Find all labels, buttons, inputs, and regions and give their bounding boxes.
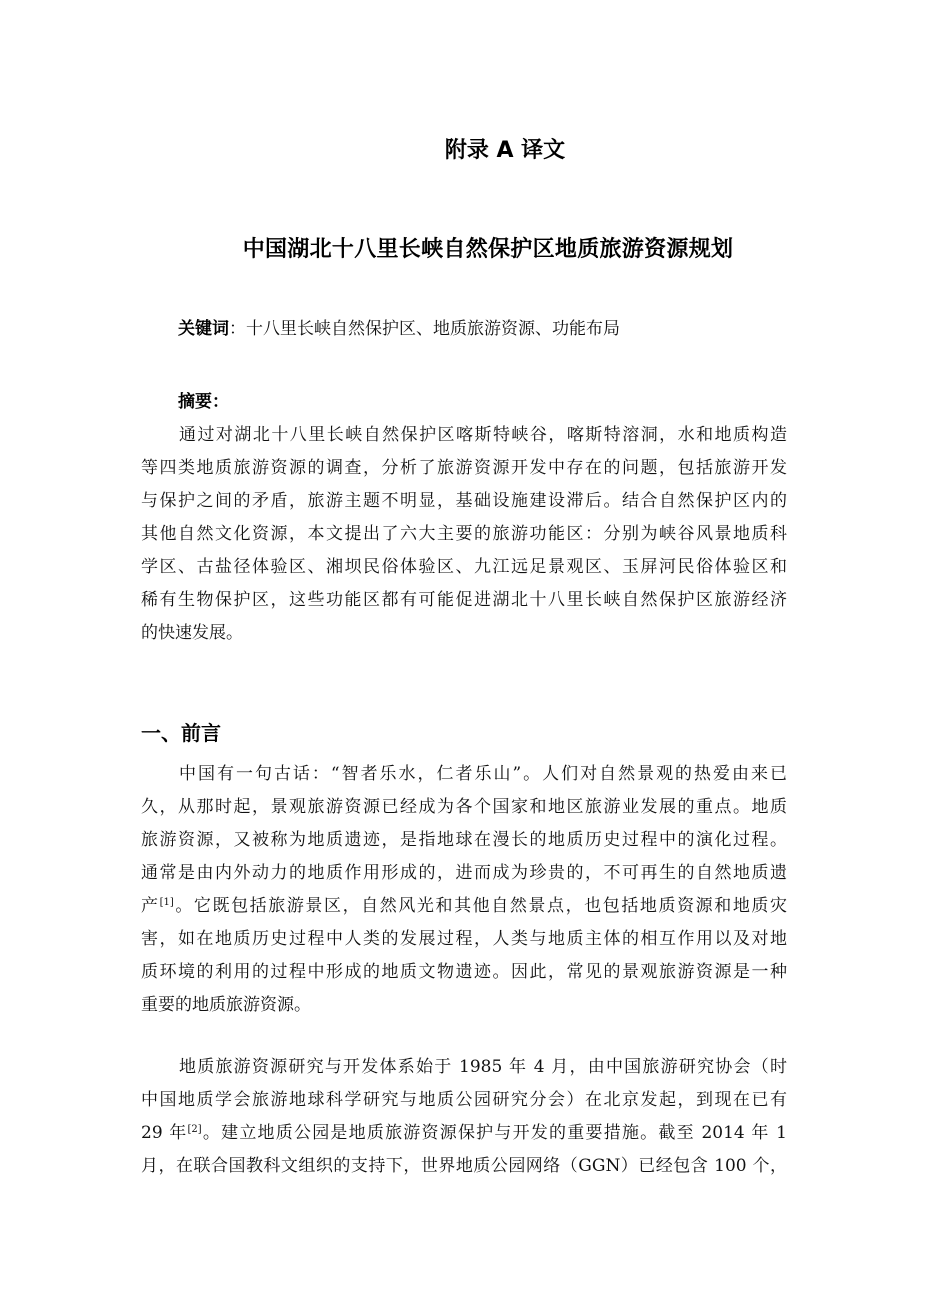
paragraph-line: 月，在联合国教科文组织的支持下，世界地质公园网络（GGN）已经包含 100 个， bbox=[141, 1150, 787, 1183]
abstract-line: 等四类地质旅游资源的调查，分析了旅游资源开发中存在的问题，包括旅游开发 bbox=[141, 452, 787, 485]
paragraph-line: 旅游资源，又被称为地质遗迹，是指地球在漫长的地质历史过程中的演化过程。 bbox=[141, 824, 787, 857]
abstract-line: 其他自然文化资源，本文提出了六大主要的旅游功能区：分别为峡谷风景地质科 bbox=[141, 518, 787, 551]
paper-title: 中国湖北十八里长峡自然保护区地质旅游资源规划 bbox=[0, 232, 926, 263]
paragraph-line: 地质旅游资源研究与开发体系始于 1985 年 4 月，由中国旅游研究协会（时 bbox=[141, 1051, 787, 1084]
intro-paragraph-1: 中国有一句古话：“智者乐水，仁者乐山”。人们对自然景观的热爱由来已 久，从那时起… bbox=[141, 758, 787, 1022]
line-text: 。建立地质公园是地质旅游资源保护与开发的重要措施。截至 2014 年 1 bbox=[202, 1123, 787, 1143]
abstract-line: 与保护之间的矛盾，旅游主题不明显，基础设施建设滞后。结合自然保护区内的 bbox=[141, 485, 787, 518]
keywords-separator: ： bbox=[229, 319, 246, 339]
document-page: 附录 A 译文 中国湖北十八里长峡自然保护区地质旅游资源规划 关键词：十八里长峡… bbox=[0, 0, 926, 1309]
keywords-label: 关键词 bbox=[178, 319, 229, 339]
paragraph-line: 中国地质学会旅游地球科学研究与地质公园研究分会）在北京发起，到现在已有 bbox=[141, 1084, 787, 1117]
abstract-label: 摘要： bbox=[178, 387, 229, 412]
line-text: 产 bbox=[141, 896, 160, 916]
keywords-line: 关键词：十八里长峡自然保护区、地质旅游资源、功能布局 bbox=[178, 314, 620, 339]
paragraph-line: 中国有一句古话：“智者乐水，仁者乐山”。人们对自然景观的热爱由来已 bbox=[141, 758, 787, 791]
abstract-line: 的快速发展。 bbox=[141, 617, 787, 650]
appendix-title: 附录 A 译文 bbox=[0, 133, 926, 164]
abstract-body: 通过对湖北十八里长峡自然保护区喀斯特峡谷，喀斯特溶洞，水和地质构造 等四类地质旅… bbox=[141, 419, 787, 650]
paragraph-line: 害，如在地质历史过程中人类的发展过程，人类与地质主体的相互作用以及对地 bbox=[141, 923, 787, 956]
abstract-line: 学区、古盐径体验区、湘坝民俗体验区、九江远足景观区、玉屏河民俗体验区和 bbox=[141, 551, 787, 584]
line-text: 。它既包括旅游景区，自然风光和其他自然景点，也包括地质资源和地质灾 bbox=[174, 896, 787, 916]
paragraph-line: 产[1]。它既包括旅游景区，自然风光和其他自然景点，也包括地质资源和地质灾 bbox=[141, 890, 787, 923]
citation-ref-2[interactable]: [2] bbox=[187, 1124, 201, 1135]
abstract-line: 通过对湖北十八里长峡自然保护区喀斯特峡谷，喀斯特溶洞，水和地质构造 bbox=[141, 419, 787, 452]
keywords-value: 十八里长峡自然保护区、地质旅游资源、功能布局 bbox=[246, 319, 620, 339]
intro-paragraph-2: 地质旅游资源研究与开发体系始于 1985 年 4 月，由中国旅游研究协会（时 中… bbox=[141, 1051, 787, 1183]
line-text: 29 年 bbox=[141, 1123, 187, 1143]
citation-ref-1[interactable]: [1] bbox=[160, 897, 174, 908]
section-heading: 一、前言 bbox=[141, 717, 221, 746]
abstract-line: 稀有生物保护区，这些功能区都有可能促进湖北十八里长峡自然保护区旅游经济 bbox=[141, 584, 787, 617]
paragraph-line: 质环境的利用的过程中形成的地质文物遗迹。因此，常见的景观旅游资源是一种 bbox=[141, 956, 787, 989]
paragraph-line: 久，从那时起，景观旅游资源已经成为各个国家和地区旅游业发展的重点。地质 bbox=[141, 791, 787, 824]
paragraph-line: 29 年[2]。建立地质公园是地质旅游资源保护与开发的重要措施。截至 2014 … bbox=[141, 1117, 787, 1150]
paragraph-line: 通常是由内外动力的地质作用形成的，进而成为珍贵的，不可再生的自然地质遗 bbox=[141, 857, 787, 890]
paragraph-line: 重要的地质旅游资源。 bbox=[141, 989, 787, 1022]
